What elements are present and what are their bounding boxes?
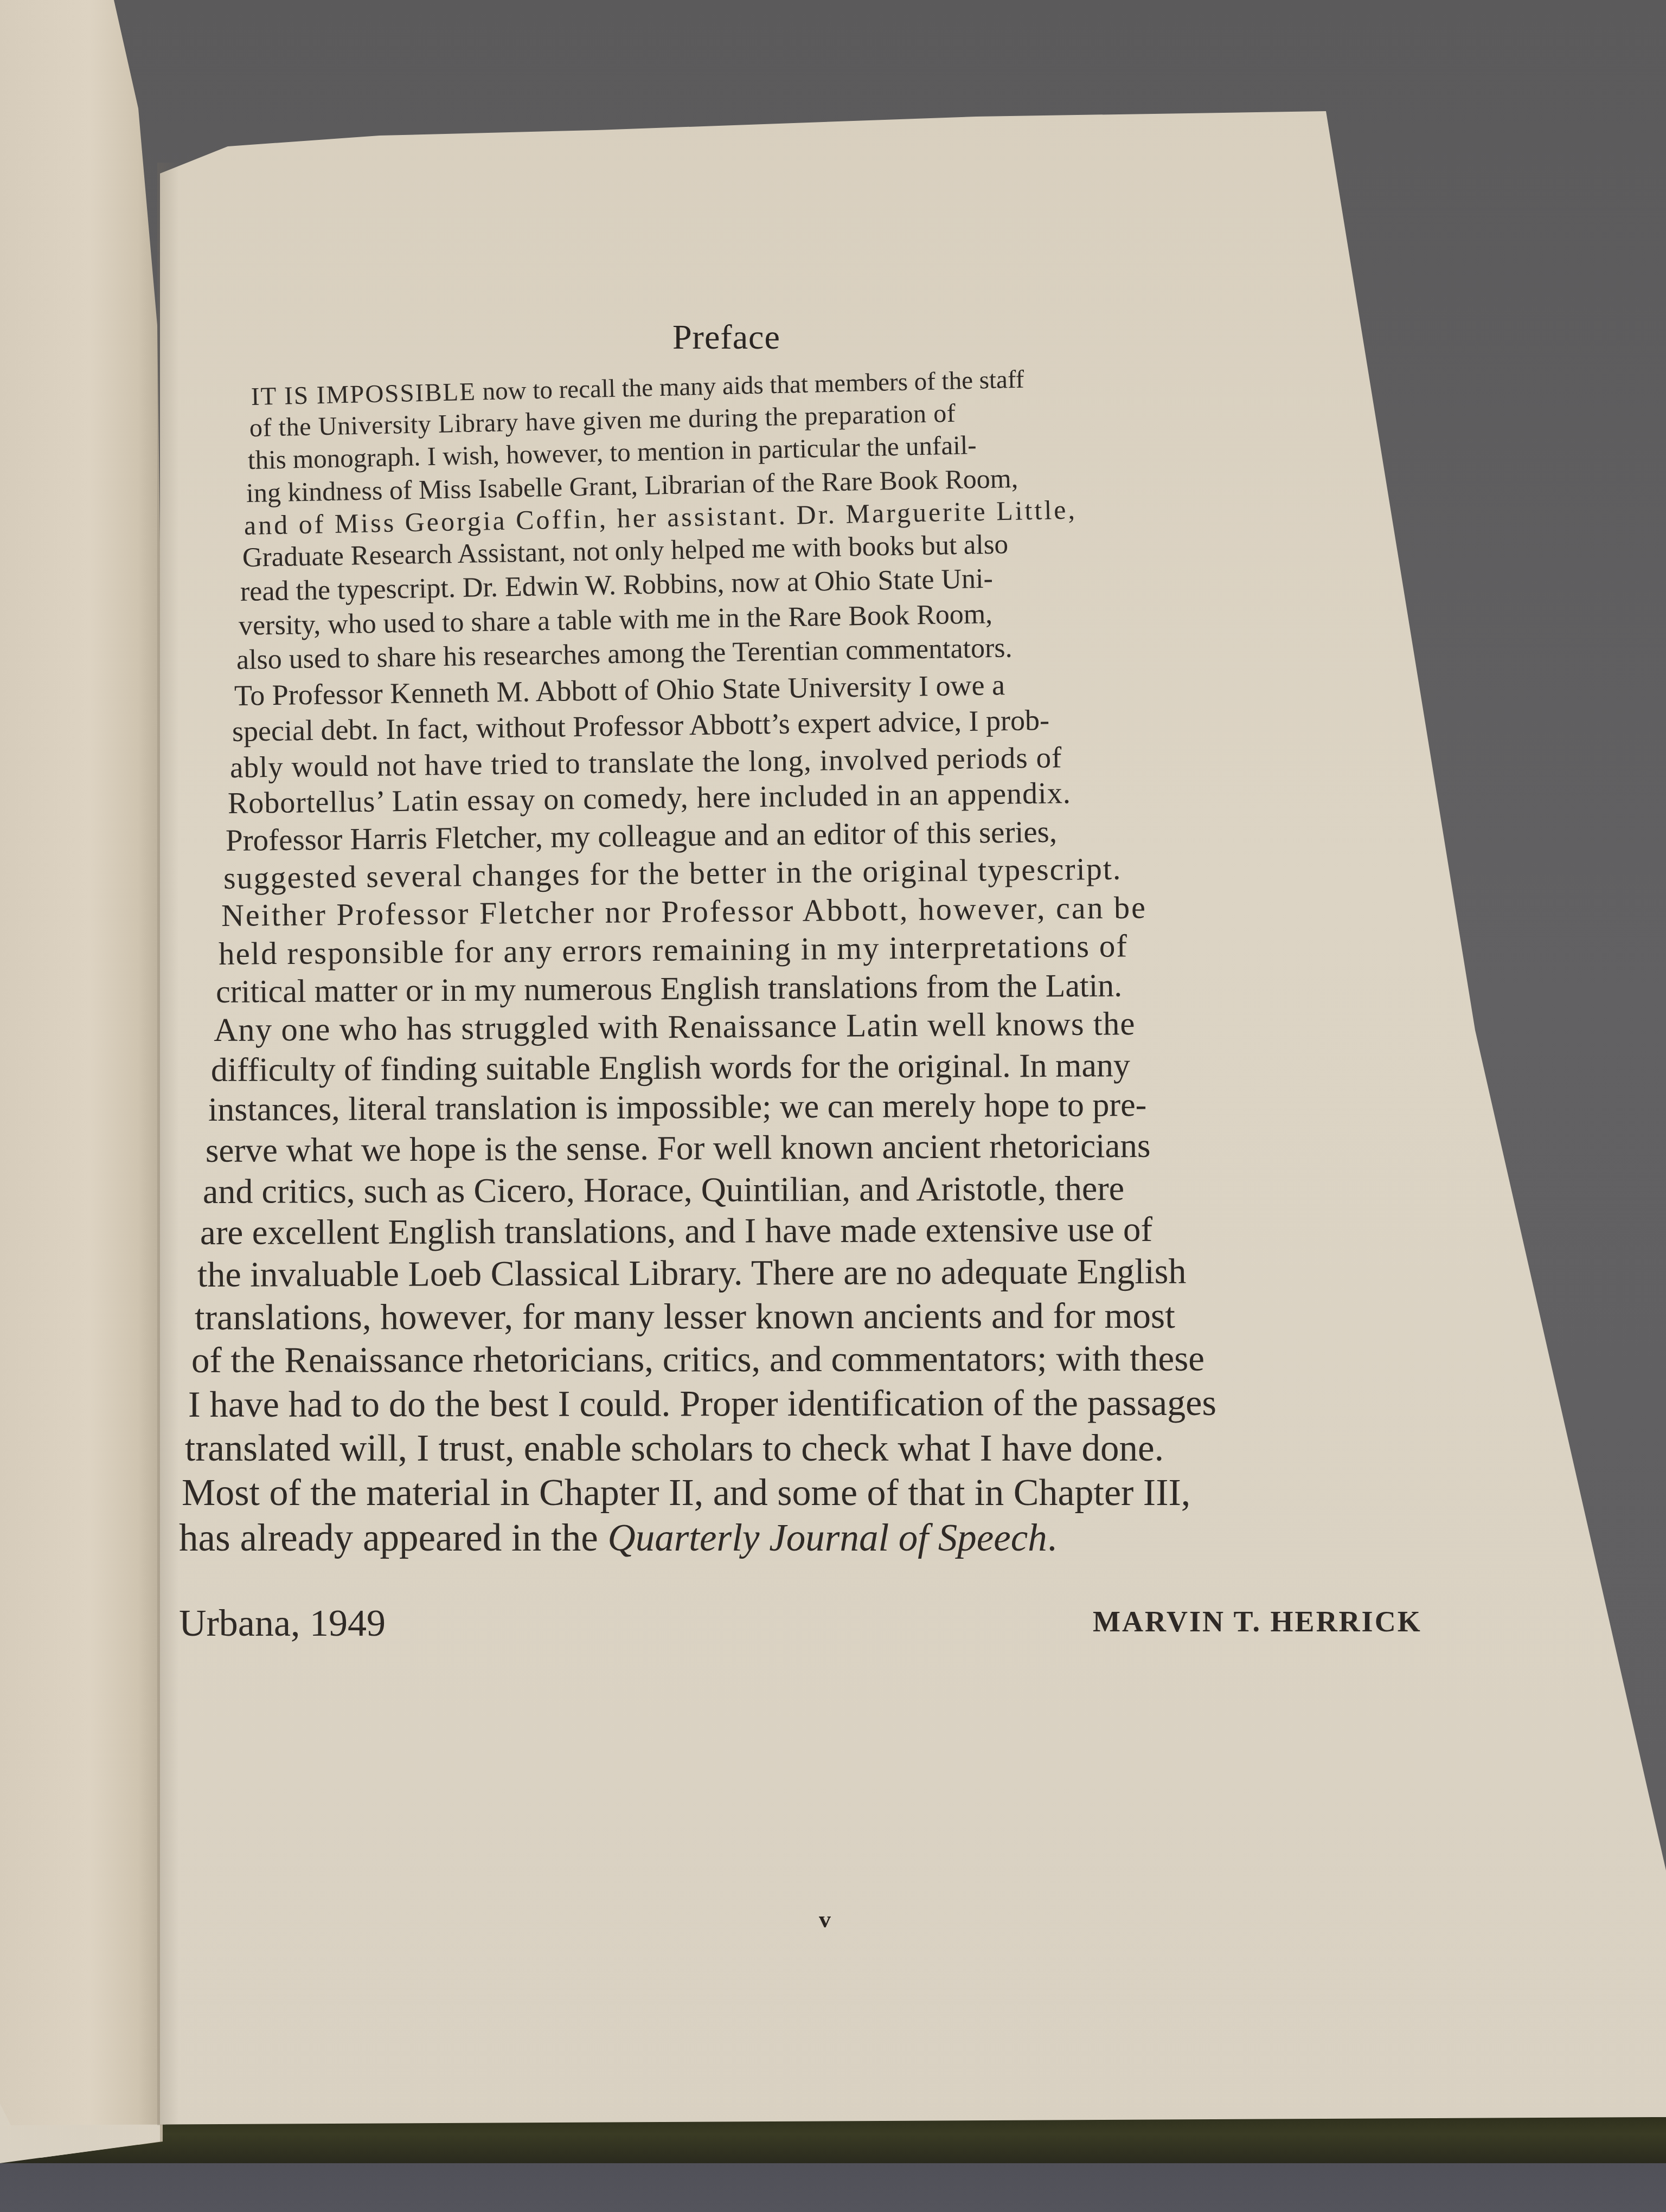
opening-smallcaps: IT IS IMPOSSIBLE — [251, 378, 476, 411]
signature-author: MARVIN T. HERRICK — [1093, 1605, 1422, 1638]
journal-title: Quarterly Journal of Speech — [607, 1517, 1047, 1559]
paragraph-line: Any one who has struggled with Renaissan… — [214, 1005, 1136, 1050]
paragraph-last-line: has already appeared in the Quarterly Jo… — [179, 1516, 1057, 1560]
paragraph-line: translations, however, for many lesser k… — [195, 1295, 1175, 1339]
paragraph-line: and critics, such as Cicero, Horace, Qui… — [203, 1168, 1124, 1212]
paragraph-line: suggested several changes for the better… — [223, 851, 1122, 896]
line-text: has already appeared in the — [179, 1517, 607, 1559]
paragraph-line: instances, literal translation is imposs… — [208, 1086, 1147, 1129]
paragraph-line: I have had to do the best I could. Prope… — [188, 1381, 1216, 1426]
page-number: v — [819, 1906, 831, 1933]
page-title: Preface — [672, 317, 780, 357]
paragraph-line: Professor Harris Fletcher, my colleague … — [226, 814, 1058, 858]
paragraph-line: are excellent English translations, and … — [200, 1210, 1152, 1253]
paragraph-line: Neither Professor Fletcher nor Professor… — [221, 889, 1147, 934]
paragraph-line: the invaluable Loeb Classical Library. T… — [197, 1251, 1187, 1296]
paragraph-line: of the Renaissance rhetoricians, critics… — [191, 1338, 1204, 1381]
page-content: Preface IT IS IMPOSSIBLE now to recall t… — [0, 0, 1666, 2212]
paragraph-line: Most of the material in Chapter II, and … — [182, 1471, 1190, 1515]
paragraph-line: difficulty of finding suitable English w… — [211, 1046, 1130, 1090]
signature-place-date: Urbana, 1949 — [179, 1602, 386, 1645]
line-text: . — [1047, 1517, 1057, 1559]
paragraph-line: critical matter or in my numerous Englis… — [216, 967, 1123, 1011]
paragraph-line: serve what we hope is the sense. For wel… — [206, 1126, 1151, 1171]
paragraph-line: translated will, I trust, enable scholar… — [185, 1427, 1164, 1470]
paragraph-line: held responsible for any errors remainin… — [219, 927, 1129, 973]
